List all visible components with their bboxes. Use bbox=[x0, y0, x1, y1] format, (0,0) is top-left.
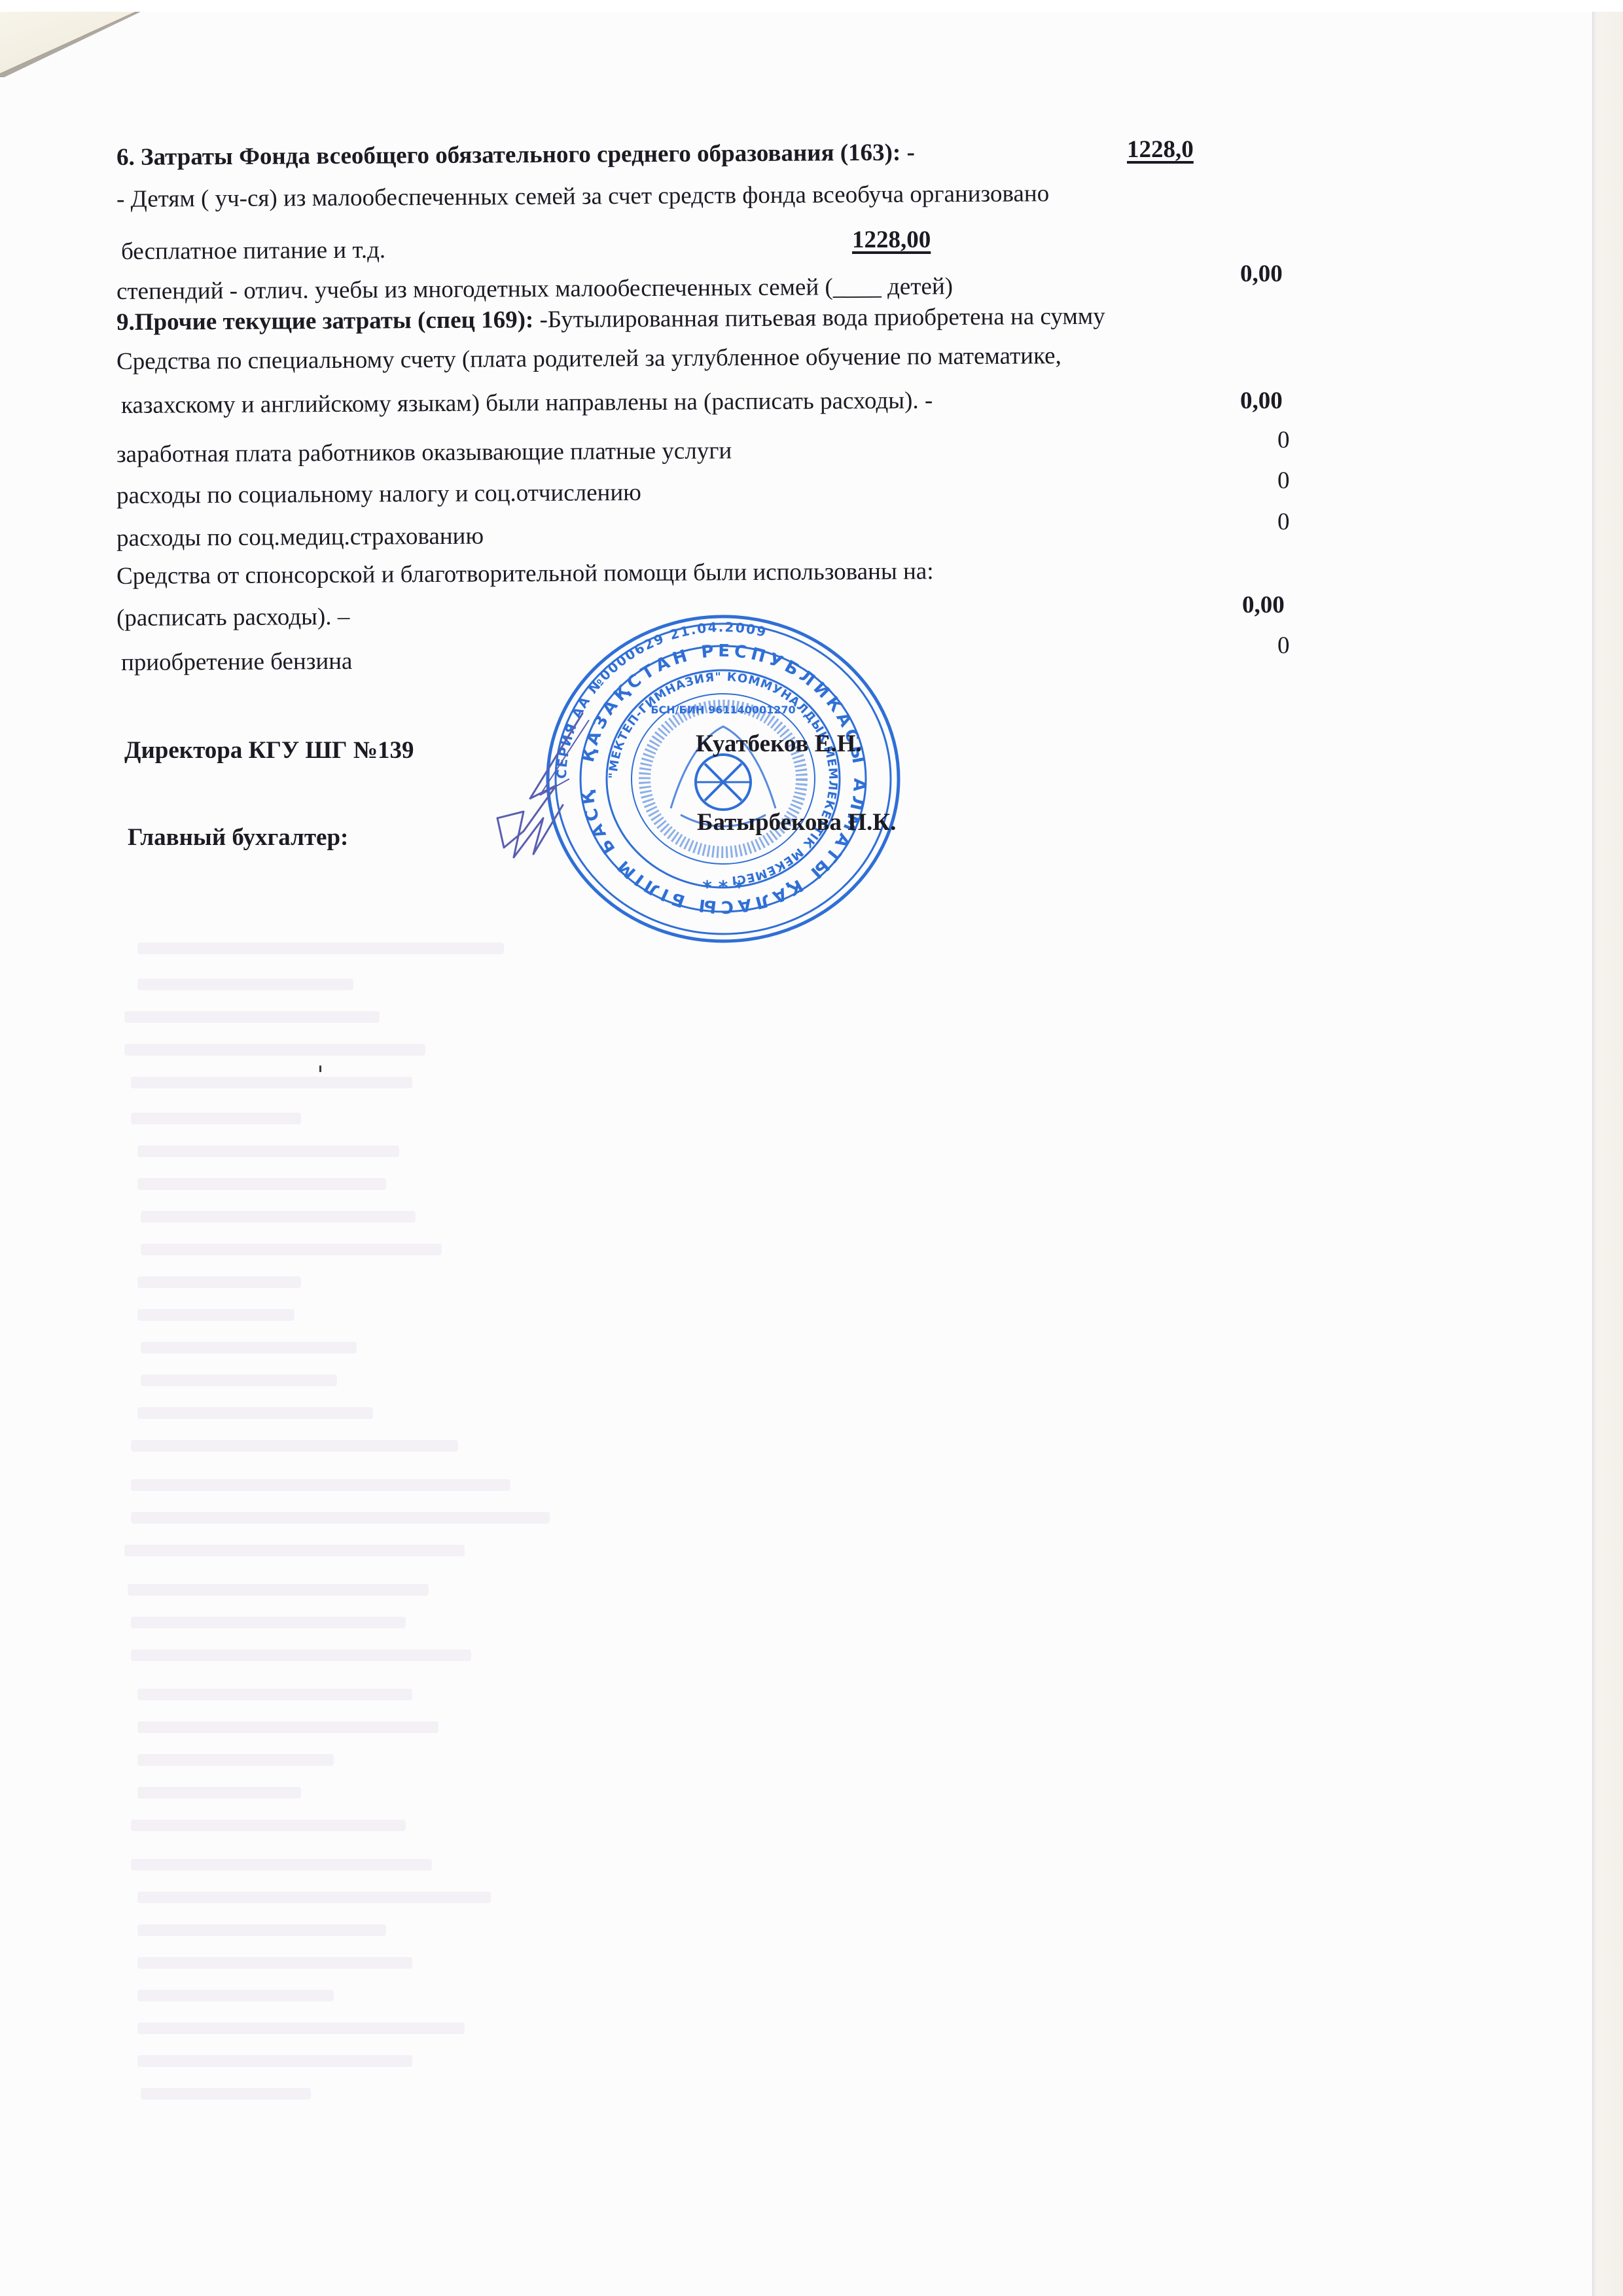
director-name: Куатбеков Е.Н. bbox=[696, 730, 862, 758]
handwritten-signature bbox=[484, 707, 615, 864]
sponsorship-item-label: приобретение бензина bbox=[121, 647, 353, 678]
accountant-name: Батырбекова П.К. bbox=[697, 808, 896, 836]
sponsorship-amount: 0,00 bbox=[1242, 590, 1285, 620]
section-6-line-3: степендий - отлич. учебы из многодетных … bbox=[116, 272, 953, 307]
special-item-amount: 0 bbox=[1277, 466, 1290, 496]
accountant-label: Главный бухгалтер: bbox=[128, 823, 348, 852]
special-item-label: заработная плата работников оказывающие … bbox=[116, 436, 732, 470]
special-item-label: расходы по соц.медиц.страхованию bbox=[116, 522, 484, 554]
special-item-label: расходы по социальному налогу и соц.отчи… bbox=[116, 478, 641, 511]
stamp-id-text: БСН/БИН 961140001270 bbox=[651, 704, 795, 716]
sponsorship-line-2: (расписать расходы). – bbox=[116, 602, 350, 634]
special-account-line-2: казахскому и английскому языкам) были на… bbox=[121, 386, 933, 421]
section-6-title: 6. Затраты Фонда всеобщего обязательного… bbox=[116, 138, 915, 173]
special-item-amount: 0 bbox=[1277, 507, 1290, 537]
page-right-edge bbox=[1592, 12, 1623, 2296]
special-item-amount: 0 bbox=[1277, 425, 1290, 456]
section-9-title-rest: -Бутылированная питьевая вода приобретен… bbox=[539, 303, 1105, 333]
section-6-free-meals-amount: 1228,00 bbox=[852, 225, 931, 255]
section-6-amount: 1228,0 bbox=[1127, 135, 1194, 165]
section-9-line: 9.Прочие текущие затраты (спец 169): -Бу… bbox=[116, 302, 1105, 338]
special-account-line-1: Средства по специальному счету (плата ро… bbox=[116, 341, 1061, 377]
section-6-line-2: бесплатное питание и т.д. bbox=[121, 236, 385, 267]
scan-top-margin bbox=[0, 0, 1623, 12]
section-9-title: 9.Прочие текущие затраты (спец 169): bbox=[116, 306, 540, 336]
sponsorship-line-1: Средства от спонсорской и благотворитель… bbox=[116, 556, 934, 592]
director-label: Директора КГУ ШГ №139 bbox=[124, 736, 414, 764]
scan-speck bbox=[319, 1066, 321, 1072]
section-6-line-1: - Детям ( уч-ся) из малообеспеченных сем… bbox=[116, 179, 1049, 215]
section-6-stipend-amount: 0,00 bbox=[1240, 259, 1283, 289]
special-account-amount: 0,00 bbox=[1240, 386, 1283, 416]
svg-text:* * *: * * * bbox=[702, 876, 744, 898]
sponsorship-item-amount: 0 bbox=[1277, 631, 1290, 661]
